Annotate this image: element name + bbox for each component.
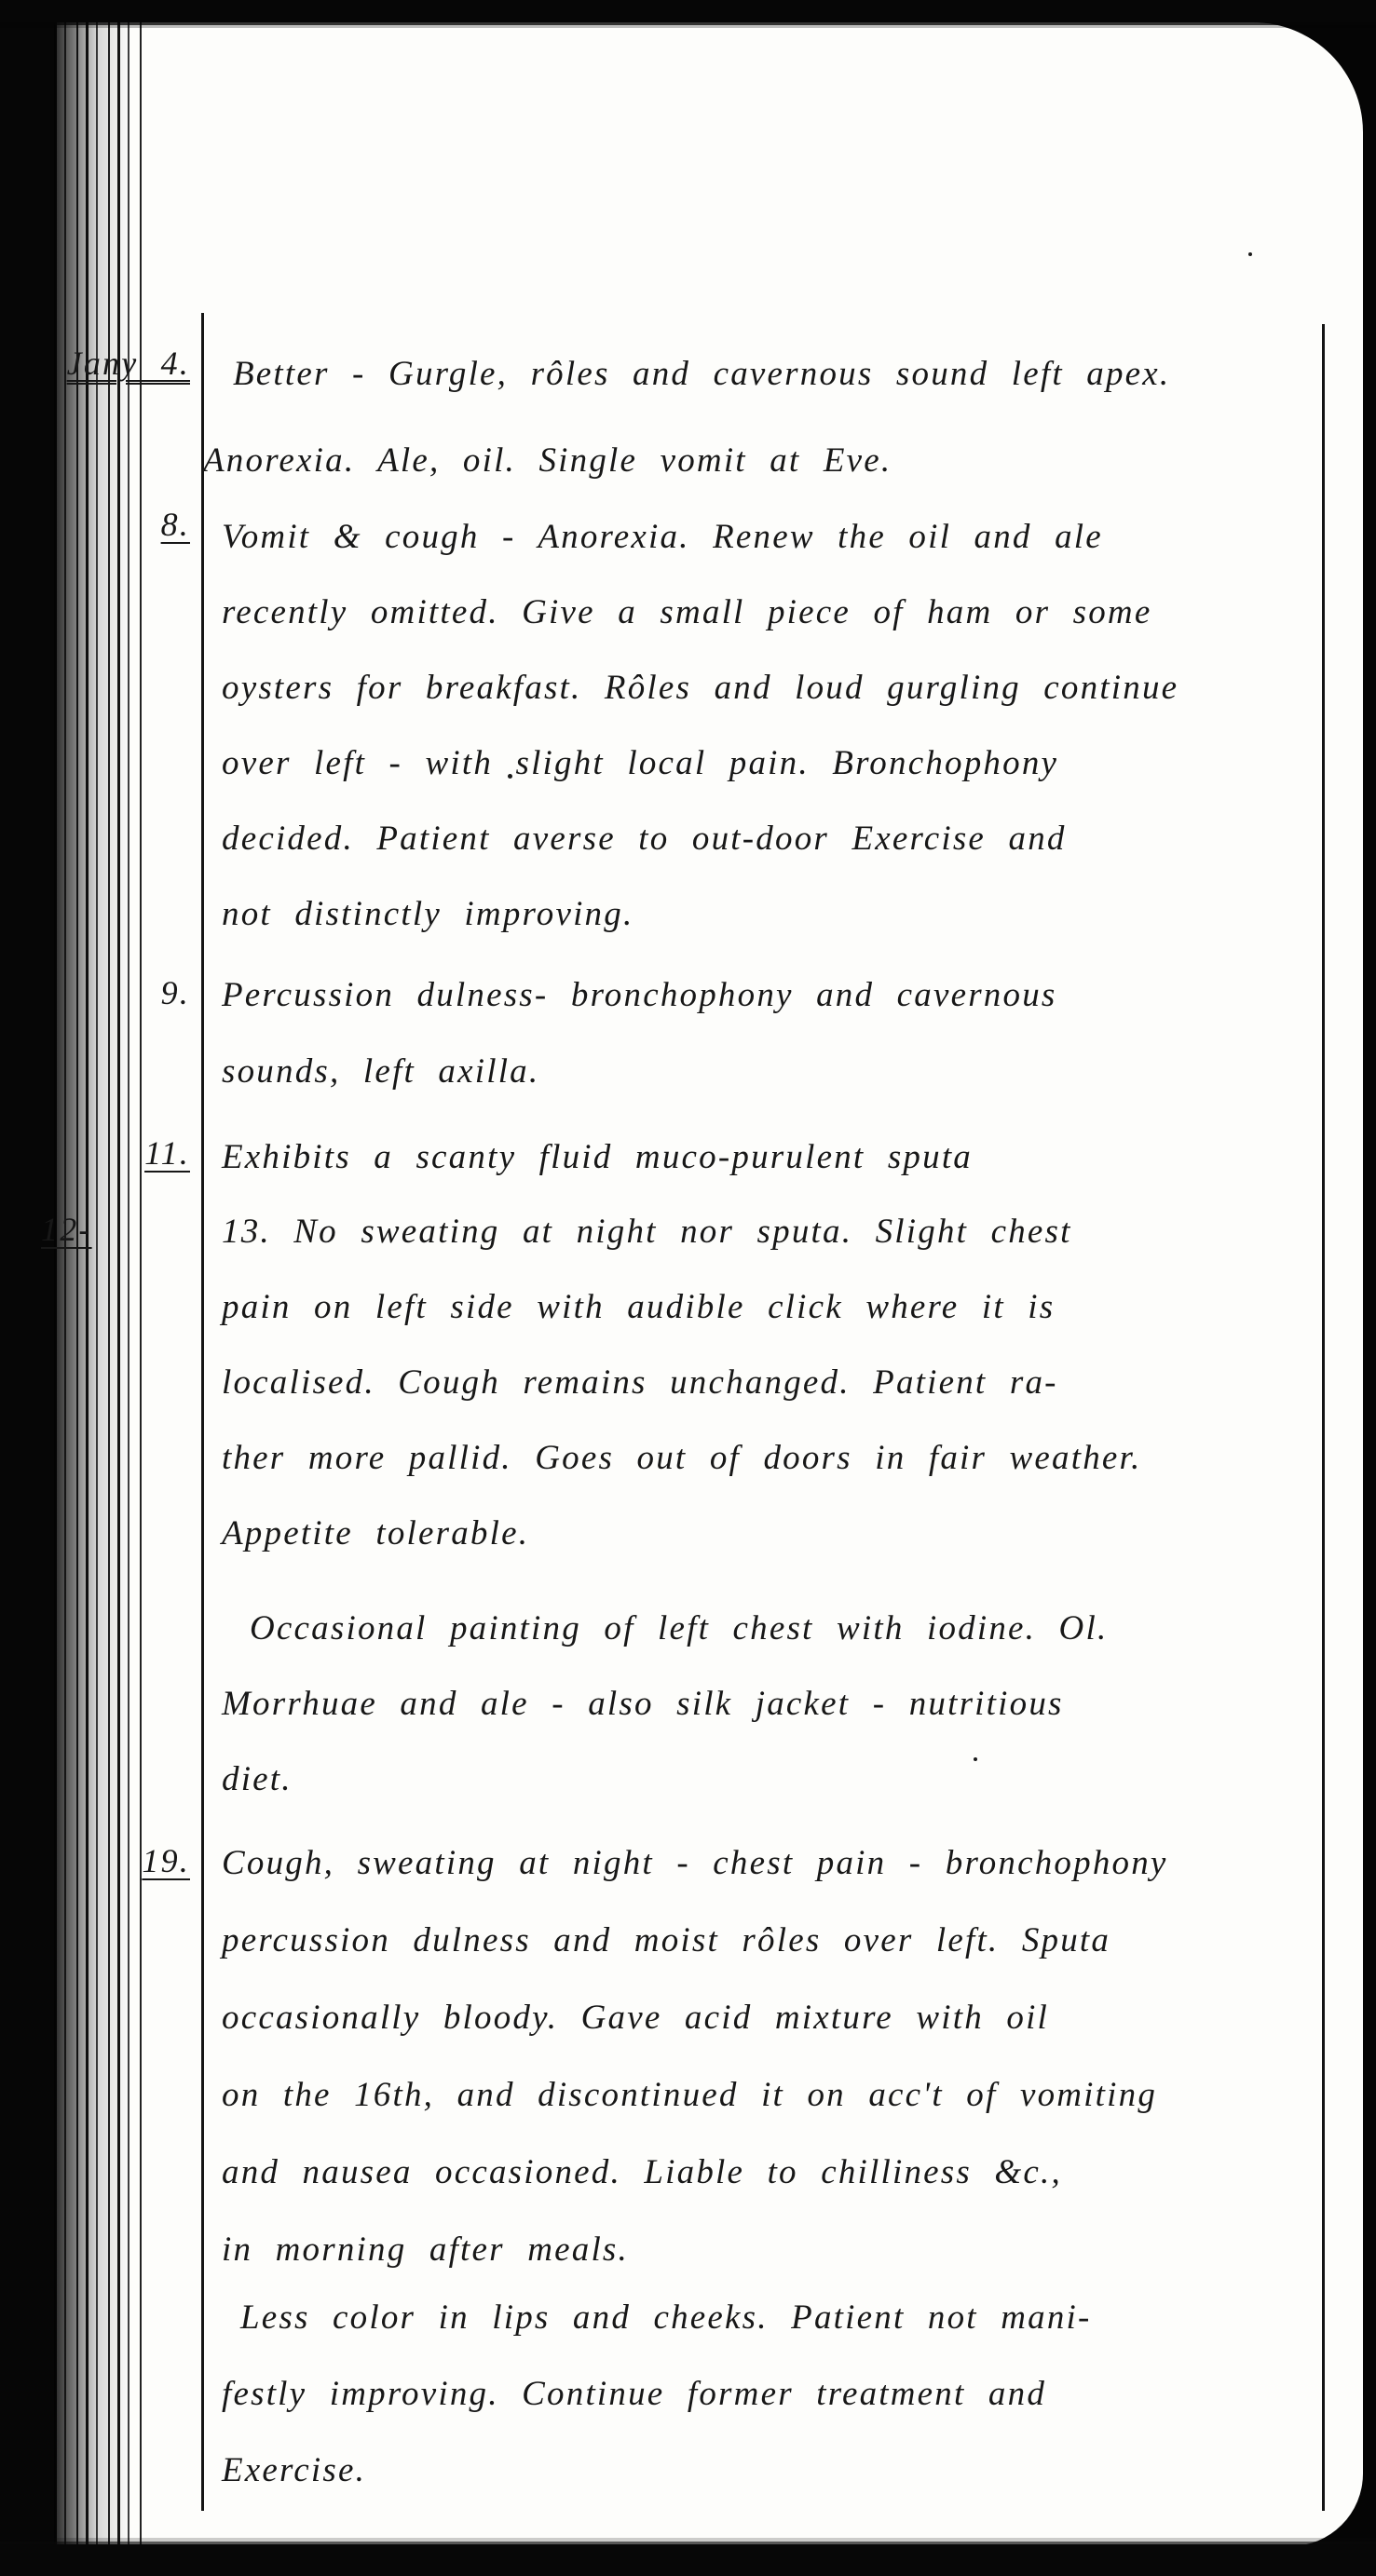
date-column-rule bbox=[201, 313, 204, 2511]
entry-line: Less color in lips and cheeks. Patient n… bbox=[240, 2300, 1092, 2335]
entry-date: 12- bbox=[41, 1213, 125, 1246]
entry-line: Appetite tolerable. bbox=[222, 1516, 529, 1551]
page-edge-streaks bbox=[54, 0, 149, 2576]
entry-date: 19. bbox=[48, 1844, 190, 1878]
entry-line: decided. Patient averse to out-door Exer… bbox=[222, 821, 1067, 856]
ink-speck bbox=[974, 1757, 977, 1761]
entry-line: on the 16th, and discontinued it on acc'… bbox=[222, 2078, 1157, 2112]
entry-line: over left - with slight local pain. Bron… bbox=[222, 746, 1058, 780]
scan-bottom-edge bbox=[0, 2544, 1376, 2576]
entry-line: recently omitted. Give a small piece of … bbox=[222, 595, 1151, 630]
entry-line: localised. Cough remains unchanged. Pati… bbox=[222, 1365, 1058, 1400]
entry-line: Vomit & cough - Anorexia. Renew the oil … bbox=[222, 520, 1103, 554]
entry-line: in morning after meals. bbox=[222, 2232, 629, 2267]
entry-line: sounds, left axilla. bbox=[222, 1054, 539, 1089]
entry-line: 13. No sweating at night nor sputa. Slig… bbox=[222, 1214, 1072, 1249]
ink-speck bbox=[1248, 252, 1252, 256]
entry-line: oysters for breakfast. Rôles and loud gu… bbox=[222, 671, 1178, 705]
entry-line: Percussion dulness- bronchophony and cav… bbox=[222, 978, 1057, 1012]
entry-line: percussion dulness and moist rôles over … bbox=[222, 1923, 1110, 1958]
entry-date: Jany 4. bbox=[48, 346, 190, 380]
entry-line: not distinctly improving. bbox=[222, 897, 634, 931]
entry-line: Exhibits a scanty fluid muco-purulent sp… bbox=[222, 1140, 973, 1174]
entry-date: 9. bbox=[48, 976, 190, 1010]
entry-date: 11. bbox=[48, 1136, 190, 1170]
entry-line: occasionally bloody. Gave acid mixture w… bbox=[222, 2000, 1049, 2035]
entry-line: Morrhuae and ale - also silk jacket - nu… bbox=[222, 1687, 1064, 1721]
scan-top-edge bbox=[0, 0, 1376, 22]
entry-date: 8. bbox=[48, 508, 190, 541]
entry-line: Anorexia. Ale, oil. Single vomit at Eve. bbox=[203, 443, 892, 478]
entry-line: Occasional painting of left chest with i… bbox=[250, 1611, 1108, 1646]
entry-line: Cough, sweating at night - chest pain - … bbox=[222, 1846, 1168, 1880]
book-binding-edge bbox=[0, 0, 54, 2576]
scanned-casebook-page: Jany 4.Better - Gurgle, rôles and cavern… bbox=[0, 0, 1376, 2576]
entry-line: Better - Gurgle, rôles and cavernous sou… bbox=[233, 357, 1170, 391]
entry-line: ther more pallid. Goes out of doors in f… bbox=[222, 1441, 1142, 1475]
entry-line: festly improving. Continue former treatm… bbox=[222, 2377, 1046, 2411]
entry-line: pain on left side with audible click whe… bbox=[222, 1290, 1055, 1324]
entry-line: diet. bbox=[222, 1762, 293, 1796]
right-margin-rule bbox=[1322, 324, 1325, 2511]
entry-line: Exercise. bbox=[222, 2453, 366, 2488]
entry-line: and nausea occasioned. Liable to chillin… bbox=[222, 2155, 1062, 2190]
